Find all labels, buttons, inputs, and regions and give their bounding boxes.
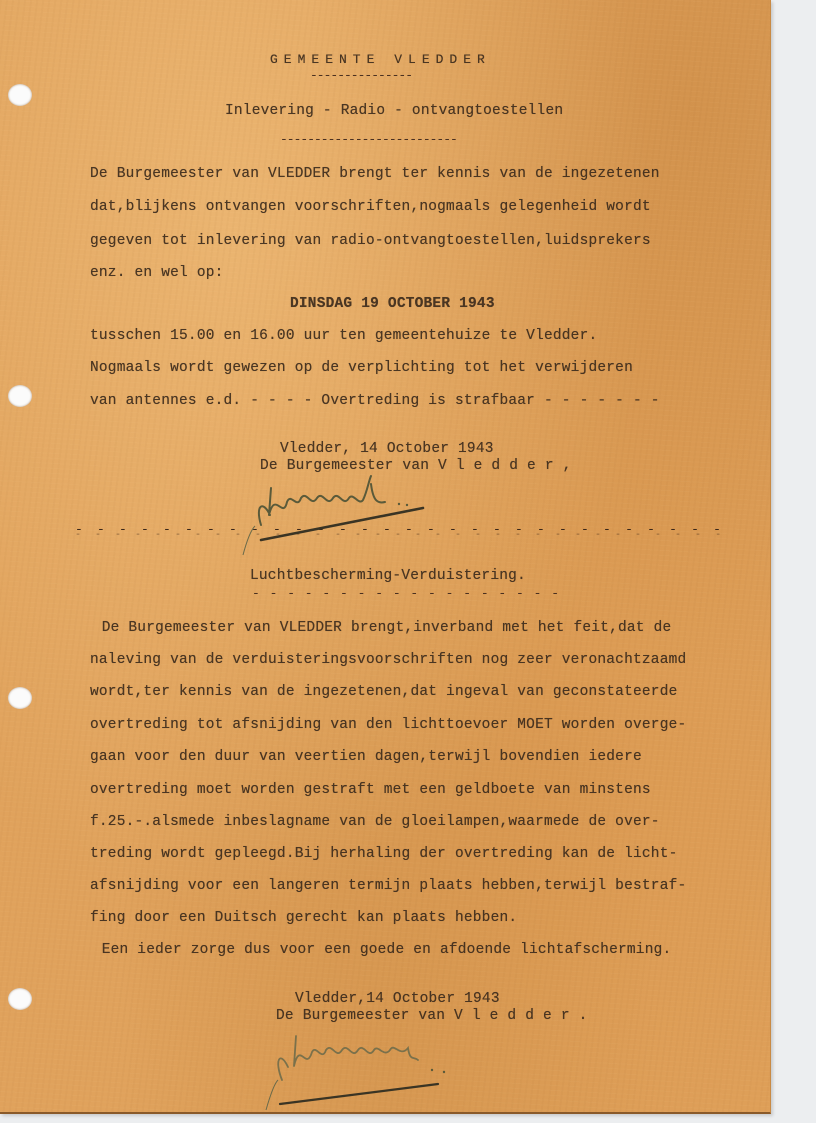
notice2-line: overtreding moet worden gestraft met een… <box>90 782 651 798</box>
notice2-line: gaan voor den duur van veertien dagen,te… <box>90 749 642 765</box>
notice2-line: De Burgemeester van VLEDDER brengt,inver… <box>75 620 671 636</box>
heading-underline: --------------- <box>310 68 412 83</box>
notice1-line: gegeven tot inlevering van radio-ontvang… <box>90 233 651 249</box>
notice2-line: Een ieder zorge dus voor een goede en af… <box>75 942 671 958</box>
mayor-signature-icon <box>260 1022 500 1112</box>
collection-date: DINSDAG 19 OCTOBER 1943 <box>290 296 495 312</box>
notice2-line: naleving van de verduisteringsvoorschrif… <box>90 652 686 668</box>
notice2-title: Luchtbescherming-Verduistering. <box>250 568 526 584</box>
mayor-signature-icon <box>235 470 475 560</box>
scanned-page: GEMEENTE VLEDDER --------------- Inlever… <box>0 0 816 1123</box>
municipality-heading: GEMEENTE VLEDDER <box>270 52 491 67</box>
notice1-line: van antennes e.d. - - - - Overtreding is… <box>90 393 660 409</box>
notice2-line: wordt,ter kennis van de ingezetenen,dat … <box>90 684 678 700</box>
notice2-line: fing door een Duitsch gerecht kan plaats… <box>90 910 517 926</box>
notice1-line: De Burgemeester van VLEDDER brengt ter k… <box>90 166 660 182</box>
notice1-line: tusschen 15.00 en 16.00 uur ten gemeente… <box>90 328 597 344</box>
notice2-line: afsnijding voor een langeren termijn pla… <box>90 878 686 894</box>
subject-underline: -------------------------- <box>280 132 457 147</box>
notice2-place-date: Vledder,14 October 1943 <box>295 991 500 1007</box>
paper-sheet: GEMEENTE VLEDDER --------------- Inlever… <box>0 0 771 1114</box>
notice2-line: overtreding tot afsnijding van den licht… <box>90 717 686 733</box>
notice2-line: treding wordt gepleegd.Bij herhaling der… <box>90 846 678 862</box>
notice1-line: Nogmaals wordt gewezen op de verplichtin… <box>90 360 633 376</box>
punch-hole-icon <box>8 687 32 709</box>
notice2-title-underline: - - - - - - - - - - - - - - - - - - <box>252 586 560 601</box>
punch-hole-icon <box>8 84 32 106</box>
notice1-line: enz. en wel op: <box>90 265 224 281</box>
notice1-place-date: Vledder, 14 October 1943 <box>280 441 494 457</box>
punch-hole-icon <box>8 385 32 407</box>
notice1-line: dat,blijkens ontvangen voorschriften,nog… <box>90 199 651 215</box>
subject-heading: Inlevering - Radio - ontvangtoestellen <box>225 103 563 119</box>
notice2-line: f.25.-.alsmede inbeslagname van de gloei… <box>90 814 660 830</box>
punch-hole-icon <box>8 988 32 1010</box>
